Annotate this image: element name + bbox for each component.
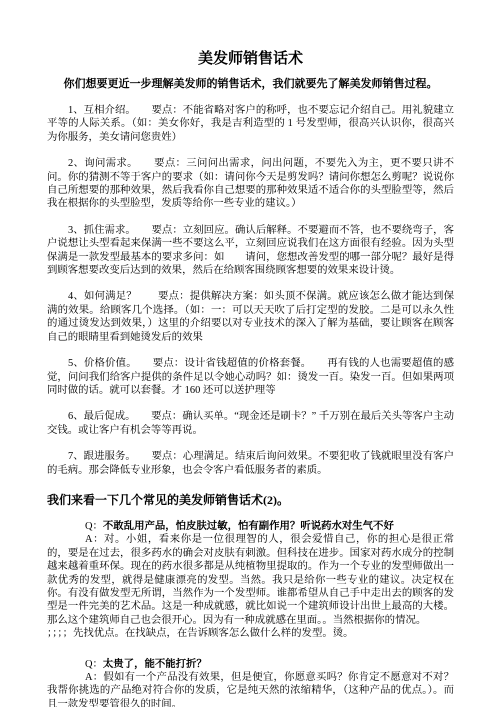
document-subtitle: 你们想要更近一步理解美发师的销售话术，我们就要先了解美发师销售过程。 <box>47 77 454 91</box>
paragraph-4: 4、如何满足？ 要点：提供解决方案：如头顶不保满。就应该怎么做才能达到保满的效果… <box>47 290 454 344</box>
document-page: 美发师销售话术 你们想要更近一步理解美发师的销售话术，我们就要先了解美发师销售过… <box>0 0 500 707</box>
paragraph-1: 1、互相介绍。 要点：不能省略对客户的称呼，也不要忘记介绍自己。用礼貌建立平等的… <box>47 104 454 144</box>
question-1: Q：不敢乱用产品，怕皮肤过敏，怕有副作用？听说药水对生气不好 <box>47 520 454 533</box>
qa-block-2: Q：太贵了，能不能打折？ A：假如有一个产品没有效果，但是便宜，你愿意买吗？你肯… <box>47 658 454 707</box>
paragraph-6: 6、最后促成。 要点：确认买单。“现金还是刷卡？” 千万别在最后关头等客户主动交… <box>47 410 454 437</box>
paragraph-2: 2、询问需求。 要点：三问问出需求，问出问题，不要先入为主，更不要只讲不问。你的… <box>47 157 454 211</box>
question-2-text: 太贵了，能不能打折？ <box>103 659 207 670</box>
paragraph-7: 7、跟进服务。 要点：心理满足。结束后询问效果。不要犯收了钱就眼里没有客户的毛病… <box>47 450 454 477</box>
question-1-label: Q： <box>85 521 103 532</box>
qa-block-1: Q：不敢乱用产品，怕皮肤过敏，怕有副作用？听说药水对生气不好 A：对。小姐，看来… <box>47 520 454 641</box>
paragraph-3: 3、抓住需求。 要点：立刻回应。确认后解释。不要避而不答，也不要绕弯子，客户说想… <box>47 224 454 278</box>
answer-1: A：对。小姐，看来你是一位很理智的人，很会爱惜自己，你的担心是很正常的，要是在过… <box>47 533 454 627</box>
answer-2: A：假如有一个产品没有效果，但是便宜，你愿意买吗？你肯定不愿意对不对？我帮你挑选… <box>47 671 454 707</box>
answer-1-note: ；；；；先找优点。在找缺点，在告诉顾客怎么做什么样的发型。烫。 <box>47 627 454 640</box>
question-1-text: 不敢乱用产品，怕皮肤过敏，怕有副作用？听说药水对生气不好 <box>103 521 394 532</box>
section-heading: 我们来看一下几个常见的美发师销售话术(2)。 <box>47 493 454 508</box>
page-title: 美发师销售话术 <box>47 50 454 69</box>
question-2-label: Q： <box>85 659 103 670</box>
question-2: Q：太贵了，能不能打折？ <box>47 658 454 671</box>
paragraph-5: 5、价格价值。 要点：设计省钱超值的价格套餐。 再有钱的人也需要超值的感觉，问问… <box>47 357 454 397</box>
